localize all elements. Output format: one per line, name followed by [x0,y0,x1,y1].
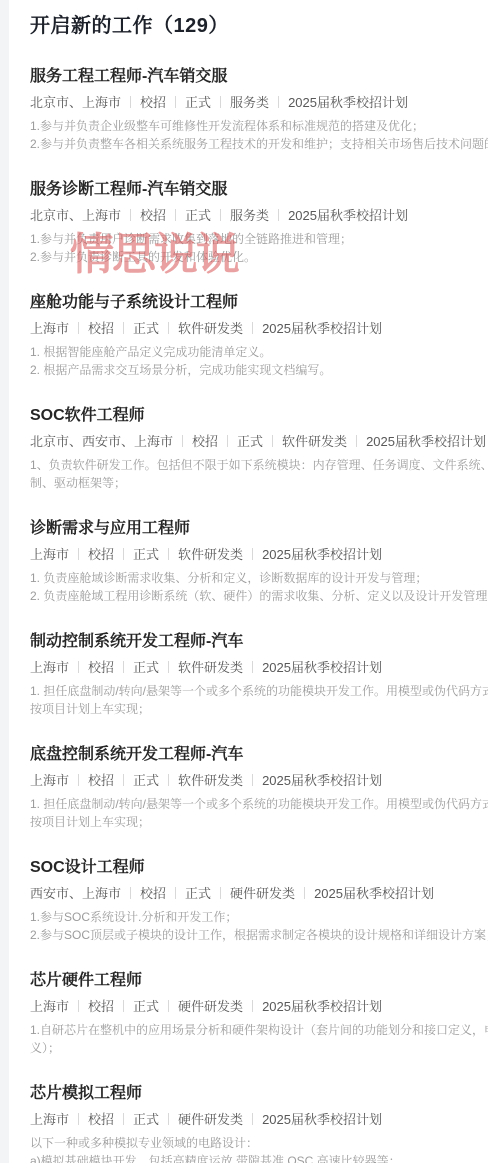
job-card[interactable]: 底盘控制系统开发工程师-汽车 上海市校招正式软件研发类2025届秋季校招计划 1… [30,744,488,831]
meta-item: 正式 [185,93,211,113]
job-desc-line: 以下一种或多种模拟专业领域的电路设计： [30,1134,488,1152]
job-meta-row: 北京市、上海市校招正式服务类2025届秋季校招计划 [30,206,488,226]
meta-item: 软件研发类 [178,319,243,339]
meta-separator [252,774,253,786]
meta-item: 软件研发类 [178,545,243,565]
job-card[interactable]: SOC软件工程师 北京市、西安市、上海市校招正式软件研发类2025届秋季校招计划… [30,405,488,492]
meta-item: 2025届秋季校招计划 [366,432,486,452]
meta-item: 上海市 [30,545,69,565]
meta-separator [175,96,176,108]
meta-separator [123,1000,124,1012]
meta-item: 软件研发类 [178,658,243,678]
meta-item: 硬件研发类 [178,997,243,1017]
job-card[interactable]: 芯片模拟工程师 上海市校招正式硬件研发类2025届秋季校招计划 以下一种或多种模… [30,1083,488,1163]
meta-item: 正式 [133,545,159,565]
job-desc-line: 1、负责软件研发工作。包括但不限于如下系统模块：内存管理、任务调度、文件系统、能… [30,456,488,474]
job-card[interactable]: 制动控制系统开发工程师-汽车 上海市校招正式软件研发类2025届秋季校招计划 1… [30,631,488,718]
job-desc-line: 2. 负责座舱域工程用诊断系统（软、硬件）的需求收集、分析、定义以及设计开发管理… [30,587,488,605]
job-meta-row: 上海市校招正式软件研发类2025届秋季校招计划 [30,771,488,791]
job-desc-line: 1. 根据智能座舱产品定义完成功能清单定义。 [30,343,488,361]
meta-item: 正式 [133,1110,159,1130]
job-description: 1.参与并负责企业级整车可维修性开发流程体系和标准规范的搭建及优化；2.参与并负… [30,117,488,153]
meta-separator [168,661,169,673]
meta-item: 2025届秋季校招计划 [262,771,382,791]
job-card[interactable]: 座舱功能与子系统设计工程师 上海市校招正式软件研发类2025届秋季校招计划 1.… [30,292,488,379]
job-desc-line: 按项目计划上车实现； [30,813,488,831]
meta-item: 2025届秋季校招计划 [262,1110,382,1130]
job-desc-line: 制、驱动框架等； [30,474,488,492]
meta-separator [123,548,124,560]
job-title-link[interactable]: 服务工程工程师-汽车销交服 [30,66,488,88]
meta-separator [227,435,228,447]
meta-item: 校招 [88,771,114,791]
job-desc-line: a)模拟基础模块开发，包括高精度运放.带隙基准.OSC.高速比较器等； [30,1152,488,1163]
meta-item: 校招 [88,658,114,678]
meta-item: 2025届秋季校招计划 [288,206,408,226]
job-title-link[interactable]: 芯片模拟工程师 [30,1083,488,1105]
job-title-link[interactable]: SOC设计工程师 [30,857,488,879]
meta-item: 北京市、上海市 [30,206,121,226]
meta-item: 正式 [133,658,159,678]
job-desc-line: 2.参与并负责整车各相关系统服务工程技术的开发和维护；支持相关市场售后技术问题的… [30,135,488,153]
job-description: 1.参与并负责用户诊断需求收集到落地的全链路推进和管理；2.参与并负责诊断工具的… [30,230,488,266]
meta-item: 服务类 [230,93,269,113]
job-description: 以下一种或多种模拟专业领域的电路设计：a)模拟基础模块开发，包括高精度运放.带隙… [30,1134,488,1163]
meta-item: 上海市 [30,1110,69,1130]
job-title-link[interactable]: 底盘控制系统开发工程师-汽车 [30,744,488,766]
job-description: 1、负责软件研发工作。包括但不限于如下系统模块：内存管理、任务调度、文件系统、能… [30,456,488,492]
job-desc-line: 1.参与并负责用户诊断需求收集到落地的全链路推进和管理； [30,230,488,248]
meta-item: 校招 [88,997,114,1017]
meta-separator [78,1000,79,1012]
meta-separator [252,661,253,673]
meta-item: 正式 [133,319,159,339]
job-description: 1. 担任底盘制动/转向/悬架等一个或多个系统的功能模块开发工作。用模型或伪代码… [30,682,488,718]
meta-item: 2025届秋季校招计划 [314,884,434,904]
meta-item: 上海市 [30,997,69,1017]
meta-item: 2025届秋季校招计划 [262,997,382,1017]
job-list: 服务工程工程师-汽车销交服 北京市、上海市校招正式服务类2025届秋季校招计划 … [30,66,488,1163]
job-meta-row: 上海市校招正式硬件研发类2025届秋季校招计划 [30,1110,488,1130]
meta-item: 硬件研发类 [178,1110,243,1130]
meta-separator [220,96,221,108]
job-desc-line: 1. 担任底盘制动/转向/悬架等一个或多个系统的功能模块开发工作。用模型或伪代码… [30,795,488,813]
job-title-link[interactable]: 制动控制系统开发工程师-汽车 [30,631,488,653]
job-title-link[interactable]: 服务诊断工程师-汽车销交服 [30,179,488,201]
meta-separator [252,548,253,560]
meta-separator [78,322,79,334]
meta-separator [78,661,79,673]
meta-separator [130,887,131,899]
job-card[interactable]: 服务诊断工程师-汽车销交服 北京市、上海市校招正式服务类2025届秋季校招计划 … [30,179,488,266]
meta-separator [175,887,176,899]
meta-separator [220,209,221,221]
meta-separator [175,209,176,221]
meta-item: 正式 [133,771,159,791]
meta-separator [78,548,79,560]
meta-separator [278,96,279,108]
meta-separator [78,774,79,786]
meta-item: 校招 [88,319,114,339]
page-title: 开启新的工作（129） [30,12,488,40]
job-card[interactable]: 服务工程工程师-汽车销交服 北京市、上海市校招正式服务类2025届秋季校招计划 … [30,66,488,153]
meta-separator [130,209,131,221]
job-meta-row: 上海市校招正式软件研发类2025届秋季校招计划 [30,319,488,339]
meta-item: 2025届秋季校招计划 [262,545,382,565]
job-desc-line: 2.参与并负责诊断工具的开发和体验优化。 [30,248,488,266]
meta-separator [123,661,124,673]
meta-separator [123,774,124,786]
meta-item: 正式 [185,206,211,226]
meta-separator [168,548,169,560]
meta-item: 软件研发类 [178,771,243,791]
meta-separator [123,1113,124,1125]
meta-item: 校招 [88,545,114,565]
job-card[interactable]: SOC设计工程师 西安市、上海市校招正式硬件研发类2025届秋季校招计划 1.参… [30,857,488,944]
meta-item: 北京市、上海市 [30,93,121,113]
meta-item: 上海市 [30,771,69,791]
meta-item: 校招 [88,1110,114,1130]
job-title-link[interactable]: 诊断需求与应用工程师 [30,518,488,540]
job-description: 1.参与SOC系统设计.分析和开发工作；2.参与SOC顶层或子模块的设计工作，根… [30,908,488,944]
job-desc-line: 2.参与SOC顶层或子模块的设计工作，根据需求制定各模块的设计规格和详细设计方案… [30,926,488,944]
job-title-link[interactable]: SOC软件工程师 [30,405,488,427]
job-meta-row: 上海市校招正式硬件研发类2025届秋季校招计划 [30,997,488,1017]
job-meta-row: 上海市校招正式软件研发类2025届秋季校招计划 [30,545,488,565]
meta-separator [168,1113,169,1125]
meta-separator [356,435,357,447]
meta-separator [220,887,221,899]
meta-separator [272,435,273,447]
job-title-link[interactable]: 座舱功能与子系统设计工程师 [30,292,488,314]
job-meta-row: 北京市、西安市、上海市校招正式软件研发类2025届秋季校招计划 [30,432,488,452]
meta-separator [130,96,131,108]
meta-separator [278,209,279,221]
job-desc-line: 1. 负责座舱域诊断需求收集、分析和定义，诊断数据库的设计开发与管理； [30,569,488,587]
meta-separator [78,1113,79,1125]
job-desc-line: 1. 担任底盘制动/转向/悬架等一个或多个系统的功能模块开发工作。用模型或伪代码… [30,682,488,700]
meta-item: 2025届秋季校招计划 [262,319,382,339]
job-meta-row: 西安市、上海市校招正式硬件研发类2025届秋季校招计划 [30,884,488,904]
job-desc-line: 2. 根据产品需求交互场景分析，完成功能实现文档编写。 [30,361,488,379]
meta-item: 上海市 [30,319,69,339]
meta-item: 校招 [140,884,166,904]
job-title-link[interactable]: 芯片硬件工程师 [30,970,488,992]
meta-separator [252,1000,253,1012]
meta-item: 校招 [192,432,218,452]
meta-separator [168,774,169,786]
meta-item: 正式 [237,432,263,452]
meta-item: 西安市、上海市 [30,884,121,904]
job-description: 1. 担任底盘制动/转向/悬架等一个或多个系统的功能模块开发工作。用模型或伪代码… [30,795,488,831]
meta-item: 正式 [133,997,159,1017]
meta-item: 北京市、西安市、上海市 [30,432,173,452]
job-meta-row: 北京市、上海市校招正式服务类2025届秋季校招计划 [30,93,488,113]
meta-item: 硬件研发类 [230,884,295,904]
job-desc-line: 义）； [30,1039,488,1057]
job-desc-line: 1.自研芯片在整机中的应用场景分析和硬件架构设计（套片间的功能划分和接口定义，电… [30,1021,488,1039]
meta-separator [252,322,253,334]
job-meta-row: 上海市校招正式软件研发类2025届秋季校招计划 [30,658,488,678]
meta-separator [168,1000,169,1012]
meta-item: 软件研发类 [282,432,347,452]
job-desc-line: 按项目计划上车实现； [30,700,488,718]
job-description: 1. 根据智能座舱产品定义完成功能清单定义。2. 根据产品需求交互场景分析，完成… [30,343,488,379]
job-description: 1. 负责座舱域诊断需求收集、分析和定义，诊断数据库的设计开发与管理；2. 负责… [30,569,488,605]
meta-item: 上海市 [30,658,69,678]
meta-item: 服务类 [230,206,269,226]
meta-item: 2025届秋季校招计划 [288,93,408,113]
job-card[interactable]: 芯片硬件工程师 上海市校招正式硬件研发类2025届秋季校招计划 1.自研芯片在整… [30,970,488,1057]
meta-separator [304,887,305,899]
meta-item: 校招 [140,206,166,226]
meta-separator [252,1113,253,1125]
meta-item: 2025届秋季校招计划 [262,658,382,678]
job-card[interactable]: 诊断需求与应用工程师 上海市校招正式软件研发类2025届秋季校招计划 1. 负责… [30,518,488,605]
meta-separator [123,322,124,334]
job-desc-line: 1.参与SOC系统设计.分析和开发工作； [30,908,488,926]
job-desc-line: 1.参与并负责企业级整车可维修性开发流程体系和标准规范的搭建及优化； [30,117,488,135]
job-list-page: 开启新的工作（129） 服务工程工程师-汽车销交服 北京市、上海市校招正式服务类… [0,0,500,1163]
meta-item: 正式 [185,884,211,904]
meta-item: 校招 [140,93,166,113]
job-description: 1.自研芯片在整机中的应用场景分析和硬件架构设计（套片间的功能划分和接口定义，电… [30,1021,488,1057]
meta-separator [182,435,183,447]
meta-separator [168,322,169,334]
